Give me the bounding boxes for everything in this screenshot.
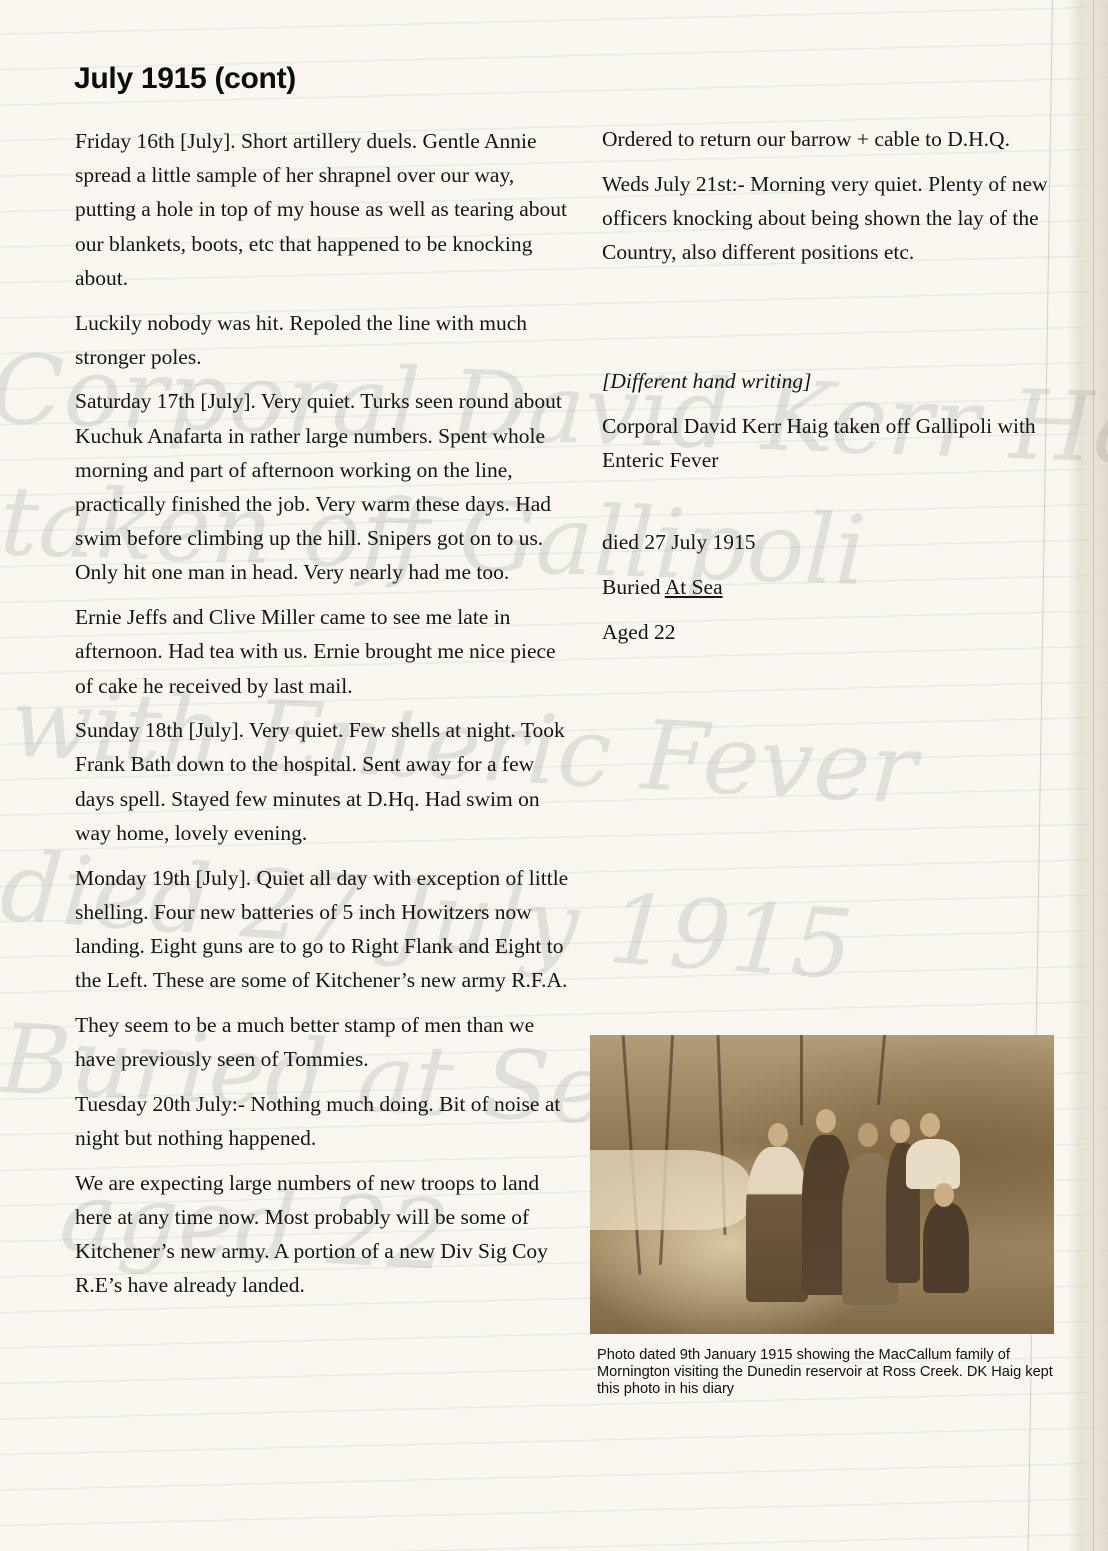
- burial-note: Buried At Sea: [602, 570, 1082, 604]
- photo-water: [590, 1150, 750, 1230]
- different-handwriting-note: [Different hand writing]: [602, 364, 1082, 398]
- age-at-death: Aged 22: [602, 615, 1082, 649]
- diary-entry-friday-16th: Friday 16th [July]. Short artillery duel…: [75, 124, 575, 295]
- diary-page: Corporal David Kerr Haig taken off Galli…: [0, 0, 1108, 1551]
- right-column: Ordered to return our barrow + cable to …: [602, 122, 1082, 660]
- photo-person-head: [920, 1113, 940, 1137]
- photo-person: [906, 1139, 960, 1189]
- diary-entry-friday-16th-cont: Luckily nobody was hit. Repoled the line…: [75, 306, 575, 374]
- photo-child-head: [934, 1183, 954, 1207]
- diary-entry-weds-21st: Weds July 21st:- Morning very quiet. Ple…: [602, 167, 1082, 270]
- photo-person: [746, 1147, 808, 1302]
- diary-entry-saturday-17th: Saturday 17th [July]. Very quiet. Turks …: [75, 384, 575, 589]
- diary-entry-tuesday-20th-cont: We are expecting large numbers of new tr…: [75, 1166, 575, 1303]
- photo-child: [923, 1203, 969, 1293]
- photo-person-head: [858, 1123, 878, 1147]
- photo-person-head: [890, 1119, 910, 1143]
- photo-tree: [877, 1035, 886, 1105]
- photo-tree: [800, 1035, 803, 1125]
- page-edge-line: [1093, 0, 1094, 1551]
- burial-place: At Sea: [665, 575, 723, 599]
- death-statement: Corporal David Kerr Haig taken off Galli…: [602, 409, 1082, 477]
- burial-prefix: Buried: [602, 575, 665, 599]
- photo-caption: Photo dated 9th January 1915 showing the…: [597, 1347, 1067, 1398]
- photo-person-head: [816, 1109, 836, 1133]
- diary-entry-barrow-return: Ordered to return our barrow + cable to …: [602, 122, 1082, 156]
- diary-entry-tuesday-20th: Tuesday 20th July:- Nothing much doing. …: [75, 1087, 575, 1155]
- diary-entry-monday-19th: Monday 19th [July]. Quiet all day with e…: [75, 861, 575, 998]
- page-title: July 1915 (cont): [74, 62, 296, 96]
- left-column: Friday 16th [July]. Short artillery duel…: [75, 124, 575, 1313]
- diary-entry-monday-19th-cont: They seem to be a much better stamp of m…: [75, 1008, 575, 1076]
- photo-person-head: [768, 1123, 788, 1147]
- date-of-death: died 27 July 1915: [602, 525, 1082, 559]
- family-photo: [590, 1035, 1054, 1334]
- diary-entry-saturday-17th-cont: Ernie Jeffs and Clive Miller came to see…: [75, 600, 575, 703]
- diary-entry-sunday-18th: Sunday 18th [July]. Very quiet. Few shel…: [75, 713, 575, 850]
